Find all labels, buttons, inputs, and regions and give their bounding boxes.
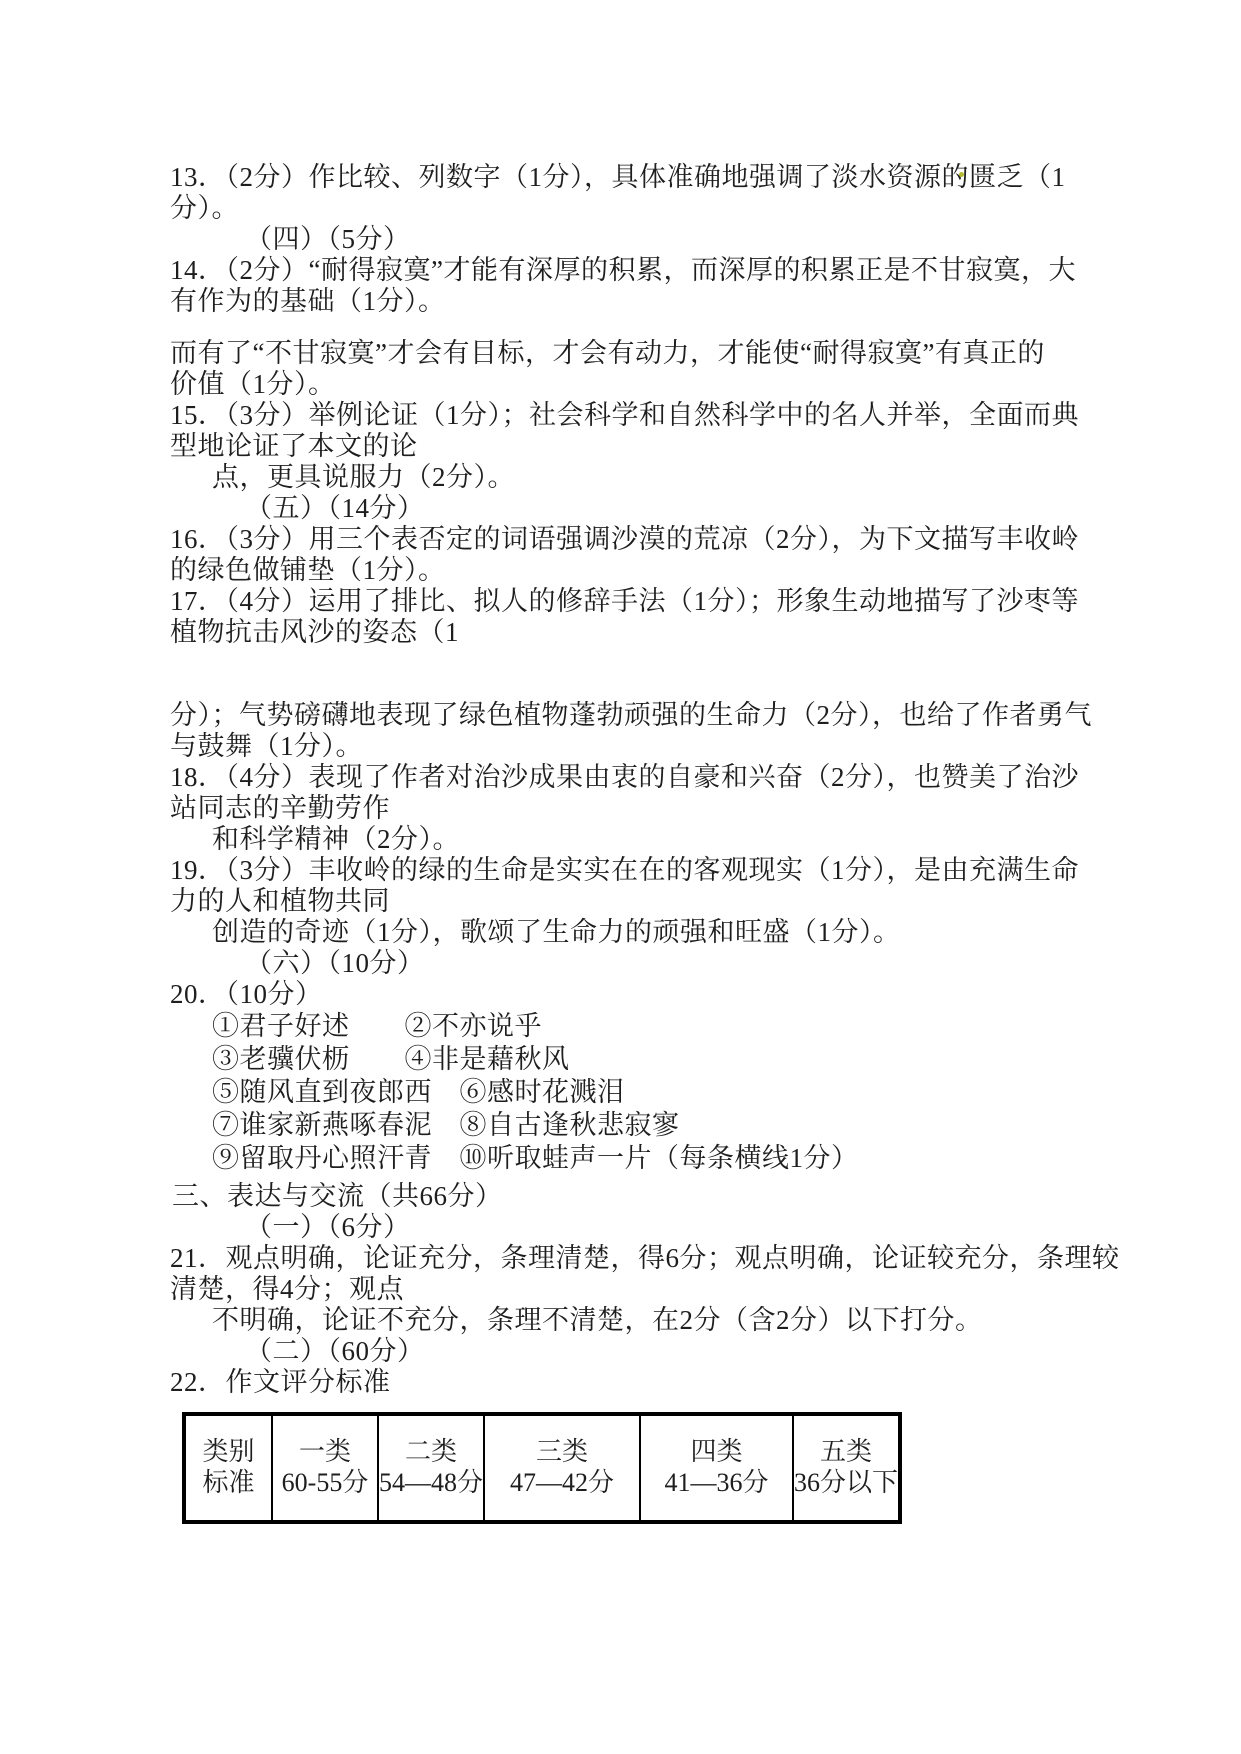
header-line1: 类别 — [186, 1436, 271, 1467]
text-line: 而有了“不甘寂寞”才会有目标，才会有动力，才能使“耐得寂寞”有真正的 — [170, 338, 1150, 369]
table-cell-category-2: 二类 54—48分 — [378, 1414, 484, 1522]
category-name: 三类 — [485, 1436, 639, 1467]
text-line: （六）（10分） — [170, 948, 1150, 979]
text-line: 有作为的基础（1分）。 — [170, 286, 1150, 317]
text-line: 创造的奇迹（1分），歌颂了生命力的顽强和旺盛（1分）。 — [170, 917, 1150, 948]
text-line: 13．（2分）作比较、列数字（1分），具体准确地强调了淡水资源的匮乏（1 — [170, 162, 1150, 193]
text-line: 17．（4分）运用了排比、拟人的修辞手法（1分）；形象生动地描写了沙枣等 — [170, 586, 1150, 617]
header-line2: 标准 — [186, 1467, 271, 1498]
category-score: 47—42分 — [485, 1467, 639, 1498]
table-cell-category-3: 三类 47—42分 — [484, 1414, 640, 1522]
text-line: 点，更具说服力（2分）。 — [170, 462, 1150, 493]
text-line: 三、表达与交流（共66分） — [170, 1181, 1150, 1212]
text-line: ⑦谁家新燕啄春泥 ⑧自古逢秋悲寂寥 — [170, 1109, 1150, 1142]
text-line: 22．作文评分标准 — [170, 1367, 1150, 1398]
text-line: （一）（6分） — [170, 1212, 1150, 1243]
answer-sheet: 13．（2分）作比较、列数字（1分），具体准确地强调了淡水资源的匮乏（1分）。（… — [170, 162, 1150, 1524]
text-line: ③老骥伏枥 ④非是藉秋风 — [170, 1043, 1150, 1076]
text-line: 植物抗击风沙的姿态（1 — [170, 617, 1150, 648]
text-line: 19．（3分）丰收岭的绿的生命是实实在在的客观现实（1分），是由充满生命 — [170, 855, 1150, 886]
text-line: （二）（60分） — [170, 1336, 1150, 1367]
text-line: 15．（3分）举例论证（1分）；社会科学和自然科学中的名人并举，全面而典 — [170, 400, 1150, 431]
text-line: 16．（3分）用三个表否定的词语强调沙漠的荒凉（2分），为下文描写丰收岭 — [170, 524, 1150, 555]
category-score: 54—48分 — [379, 1467, 483, 1498]
text-line: 18．（4分）表现了作者对治沙成果由衷的自豪和兴奋（2分），也赞美了治沙 — [170, 762, 1150, 793]
category-name: 五类 — [794, 1436, 898, 1467]
table-cell-category-4: 四类 41—36分 — [640, 1414, 793, 1522]
table-cell-category-5: 五类 36分以下 — [793, 1414, 900, 1522]
table-row: 类别 标准 一类 60-55分 二类 54—48分 三类 47—42分 四类 — [184, 1414, 900, 1522]
blank-line — [170, 317, 1150, 338]
category-score: 41—36分 — [641, 1467, 792, 1498]
text-line: ①君子好述 ②不亦说乎 — [170, 1010, 1150, 1043]
text-line: （四）（5分） — [170, 224, 1150, 255]
category-name: 四类 — [641, 1436, 792, 1467]
blank-line — [170, 648, 1150, 700]
category-name: 一类 — [273, 1436, 377, 1467]
text-line: 的绿色做铺垫（1分）。 — [170, 555, 1150, 586]
text-line: （五）（14分） — [170, 493, 1150, 524]
text-line: 分）。 — [170, 193, 1150, 224]
stray-green-mark — [959, 172, 964, 177]
category-score: 60-55分 — [273, 1467, 377, 1498]
text-line: 站同志的辛勤劳作 — [170, 793, 1150, 824]
text-line: 分）；气势磅礴地表现了绿色植物蓬勃顽强的生命力（2分），也给了作者勇气 — [170, 700, 1150, 731]
text-line: 力的人和植物共同 — [170, 886, 1150, 917]
text-line: ⑨留取丹心照汗青 ⑩听取蛙声一片（每条横线1分） — [170, 1142, 1150, 1175]
text-line: ⑤随风直到夜郎西 ⑥感时花溅泪 — [170, 1076, 1150, 1109]
text-line: 20．（10分） — [170, 979, 1150, 1010]
table-cell-header: 类别 标准 — [184, 1414, 272, 1522]
text-line: 与鼓舞（1分）。 — [170, 731, 1150, 762]
answer-lines: 13．（2分）作比较、列数字（1分），具体准确地强调了淡水资源的匮乏（1分）。（… — [170, 162, 1150, 1398]
text-line: 型地论证了本文的论 — [170, 431, 1150, 462]
document-page: 13．（2分）作比较、列数字（1分），具体准确地强调了淡水资源的匮乏（1分）。（… — [0, 0, 1241, 1754]
text-line: 21．观点明确，论证充分，条理清楚，得6分；观点明确，论证较充分，条理较 — [170, 1243, 1150, 1274]
essay-grading-table: 类别 标准 一类 60-55分 二类 54—48分 三类 47—42分 四类 — [182, 1412, 902, 1524]
category-score: 36分以下 — [794, 1467, 898, 1498]
text-line: 和科学精神（2分）。 — [170, 824, 1150, 855]
text-line: 清楚，得4分；观点 — [170, 1274, 1150, 1305]
table-cell-category-1: 一类 60-55分 — [272, 1414, 378, 1522]
text-line: 不明确，论证不充分，条理不清楚，在2分（含2分）以下打分。 — [170, 1305, 1150, 1336]
text-line: 价值（1分）。 — [170, 369, 1150, 400]
category-name: 二类 — [379, 1436, 483, 1467]
text-line: 14．（2分）“耐得寂寞”才能有深厚的积累，而深厚的积累正是不甘寂寞，大 — [170, 255, 1150, 286]
